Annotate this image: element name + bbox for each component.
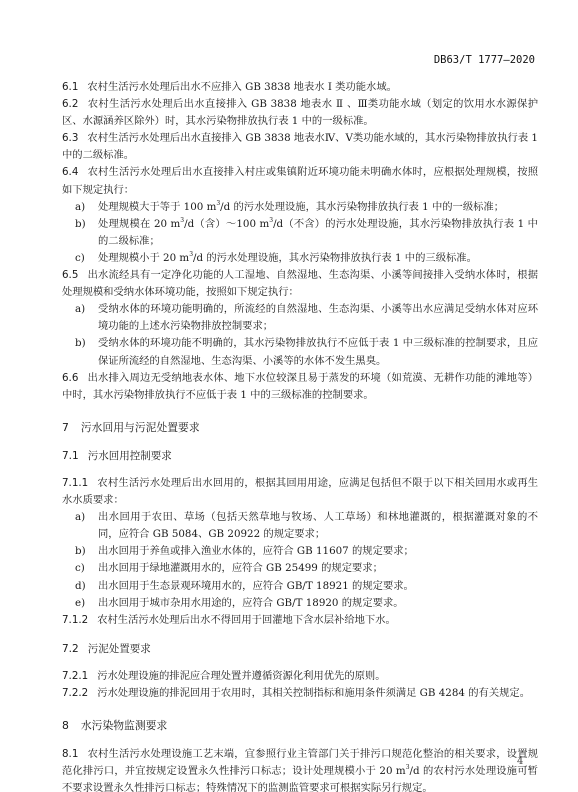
list-item: b)受纳水体的环境功能不明确的，其水污染物排放执行不应低于表 1 中三级标准的控… <box>62 335 538 369</box>
clause-number: 6.3 <box>62 132 78 144</box>
item-text: 处理规模小于 20 m <box>98 252 189 264</box>
page-number: 4 <box>517 756 523 767</box>
section-title: 污泥处置要求 <box>88 643 151 655</box>
subsection-heading-7-2: 7.2污泥处置要求 <box>62 641 538 658</box>
section-number: 7.2 <box>62 643 79 655</box>
item-text: 出水回用于养鱼或排入渔业水体的，应符合 GB 11607 的规定要求； <box>98 545 414 557</box>
clause-number: 6.1 <box>62 81 78 93</box>
clause-text: 农村生活污水处理后出水直接排入 GB 3838 地表水 Ⅱ 、Ⅲ类功能水域（划定… <box>62 98 538 127</box>
list-marker: b) <box>75 216 86 233</box>
list-item: d)出水回用于生态景观环境用水的，应符合 GB/T 18921 的规定要求。 <box>62 578 538 595</box>
list-marker: e) <box>75 595 85 612</box>
list-marker: c) <box>75 560 85 577</box>
item-text: /d（含）～100 m <box>184 218 269 230</box>
list-item: c)处理规模小于 20 m3/d 的污水处理设施，其水污染物排放执行表 1 中的… <box>62 250 538 267</box>
item-text: /d 的污水处理设施，其水污染物排放执行表 1 中的一级标准； <box>220 201 504 213</box>
section-number: 7.1 <box>62 450 79 462</box>
item-text: 处理规模大于等于 100 m <box>98 201 216 213</box>
section-heading-8: 8水污染物监测要求 <box>62 717 538 734</box>
clause-6-3: 6.3农村生活污水处理后出水直接排入 GB 3838 地表水Ⅳ、Ⅴ类功能水域的，… <box>62 130 538 164</box>
section-title: 污水回用与污泥处置要求 <box>81 421 200 434</box>
list-item: a)处理规模大于等于 100 m3/d 的污水处理设施，其水污染物排放执行表 1… <box>62 199 538 216</box>
clause-text: 污水处理设施的排泥应合理处置并遵循资源化利用优先的原则。 <box>97 670 385 682</box>
clause-text: 出水流经具有一定净化功能的人工湿地、自然湿地、生态沟渠、小溪等间接排入受纳水体时… <box>62 269 538 298</box>
list-item: a)出水回用于农田、草场（包括天然草地与牧场、人工草场）和林地灌溉的，根据灌溉对… <box>62 509 538 543</box>
item-text: 出水回用于城市杂用水用途的，应符合 GB/T 18920 的规定要求。 <box>98 597 404 609</box>
list-item: e)出水回用于城市杂用水用途的，应符合 GB/T 18920 的规定要求。 <box>62 595 538 612</box>
list-marker: a) <box>75 301 85 318</box>
clause-6-5: 6.5出水流经具有一定净化功能的人工湿地、自然湿地、生态沟渠、小溪等间接排入受纳… <box>62 267 538 301</box>
list-item: a)受纳水体的环境功能明确的，所流经的自然湿地、生态沟渠、小溪等出水应满足受纳水… <box>62 301 538 335</box>
clause-6-4: 6.4农村生活污水处理后出水直接排入村庄或集镇附近环境功能未明确水体时，应根据处… <box>62 164 538 198</box>
clause-text: 农村生活污水处理后出水不得回用于回灌地下含水层补给地下水。 <box>97 614 396 626</box>
clause-number: 6.6 <box>62 372 78 384</box>
list-item: c)出水回用于绿地灌溉用水的，应符合 GB 25499 的规定要求； <box>62 560 538 577</box>
clause-number: 7.1.1 <box>62 477 88 489</box>
clause-6-6: 6.6出水排入周边无受纳地表水体、地下水位较深且易于蒸发的环境（如荒漠、无耕作功… <box>62 370 538 404</box>
document-body: 6.1农村生活污水处理后出水不应排入 GB 3838 地表水 Ⅰ 类功能水域。 … <box>62 79 538 792</box>
clause-text: 出水排入周边无受纳地表水体、地下水位较深且易于蒸发的环境（如荒漠、无耕作功能的滩… <box>62 372 538 401</box>
list-marker: a) <box>75 199 85 216</box>
item-text: 出水回用于绿地灌溉用水的，应符合 GB 25499 的规定要求； <box>98 562 383 574</box>
clause-number: 8.1 <box>62 748 78 760</box>
list-item: b)出水回用于养鱼或排入渔业水体的，应符合 GB 11607 的规定要求； <box>62 543 538 560</box>
item-text: /d 的污水处理设施，其水污染物排放执行表 1 中的三级标准。 <box>193 252 477 264</box>
clause-text: 污水处理设施的排泥回用于农用时，其相关控制指标和施用条件须满足 GB 4284 … <box>97 687 530 699</box>
list-item: b)处理规模在 20 m3/d（含）～100 m3/d（不含）的污水处理设施，其… <box>62 216 538 250</box>
list-marker: c) <box>75 250 85 267</box>
clause-6-2: 6.2农村生活污水处理后出水直接排入 GB 3838 地表水 Ⅱ 、Ⅲ类功能水域… <box>62 96 538 130</box>
clause-7-1-2: 7.1.2农村生活污水处理后出水不得回用于回灌地下含水层补给地下水。 <box>62 612 538 629</box>
item-text: 受纳水体的环境功能不明确的，其水污染物排放执行不应低于表 1 中三级标准的控制要… <box>98 337 538 366</box>
clause-number: 7.1.2 <box>62 614 88 626</box>
clause-text: 农村生活污水处理后出水回用的，根据其回用用途，应满足包括但不限于以下相关回用水或… <box>62 477 538 506</box>
clause-number: 6.2 <box>62 98 78 110</box>
clause-number: 6.5 <box>62 269 78 281</box>
item-text: 受纳水体的环境功能明确的，所流经的自然湿地、生态沟渠、小溪等出水应满足受纳水体对… <box>98 303 538 332</box>
section-number: 8 <box>62 719 69 732</box>
item-text: 处理规模在 20 m <box>98 218 180 230</box>
section-title: 水污染物监测要求 <box>81 719 167 732</box>
section-heading-7: 7污水回用与污泥处置要求 <box>62 419 538 436</box>
clause-7-2-1: 7.2.1污水处理设施的排泥应合理处置并遵循资源化利用优先的原则。 <box>62 668 538 685</box>
clause-number: 6.4 <box>62 166 78 178</box>
clause-text: 农村生活污水处理后出水直接排入 GB 3838 地表水Ⅳ、Ⅴ类功能水域的，其水污… <box>62 132 538 161</box>
list-marker: b) <box>75 335 86 352</box>
list-marker: a) <box>75 509 85 526</box>
list-marker: b) <box>75 543 86 560</box>
clause-7-2-2: 7.2.2污水处理设施的排泥回用于农用时，其相关控制指标和施用条件须满足 GB … <box>62 685 538 702</box>
section-title: 污水回用控制要求 <box>88 450 172 462</box>
clause-number: 7.2.2 <box>62 687 88 699</box>
clause-8-1: 8.1农村生活污水处理设施工艺末端，宜参照行业主管部门关于排污口规范化整治的相关… <box>62 746 538 792</box>
item-text: 出水回用于农田、草场（包括天然草地与牧场、人工草场）和林地灌溉的，根据灌溉对象的… <box>98 511 538 540</box>
list-marker: d) <box>75 578 86 595</box>
item-text: 出水回用于生态景观环境用水的，应符合 GB/T 18921 的规定要求。 <box>98 580 414 592</box>
clause-7-1-1: 7.1.1农村生活污水处理后出水回用的，根据其回用用途，应满足包括但不限于以下相… <box>62 475 538 509</box>
clause-text: 农村生活污水处理后出水直接排入村庄或集镇附近环境功能未明确水体时，应根据处理规模… <box>62 166 538 195</box>
clause-6-1: 6.1农村生活污水处理后出水不应排入 GB 3838 地表水 Ⅰ 类功能水域。 <box>62 79 538 96</box>
subsection-heading-7-1: 7.1污水回用控制要求 <box>62 448 538 465</box>
document-code-header: DB63/T 1777—2020 <box>434 54 535 66</box>
clause-text: 农村生活污水处理后出水不应排入 GB 3838 地表水 Ⅰ 类功能水域。 <box>87 81 397 93</box>
section-number: 7 <box>62 421 69 434</box>
clause-number: 7.2.1 <box>62 670 88 682</box>
